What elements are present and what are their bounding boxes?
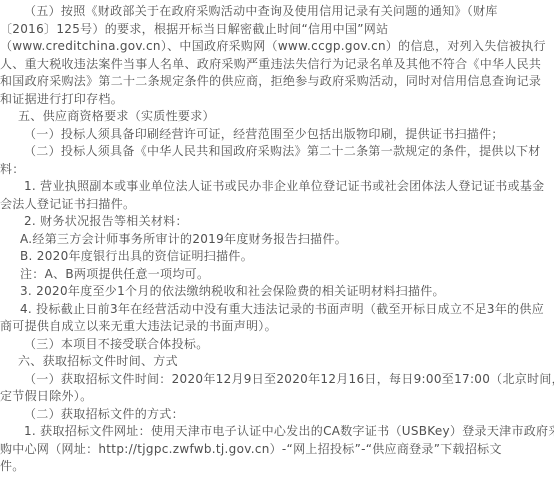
document-line: 和国政府采购法》第二十二条规定条件的供应商，拒绝参与政府采购活动，同时对信用信息… [0,73,554,91]
document-line: 〔2016〕125号）的要求，根据开标当日解密截止时间“信用中国”网站 [0,21,554,39]
document-line: 1. 营业执照副本或事业单位法人证书或民办非企业单位登记证书或社会团体法人登记证… [0,178,554,196]
document-line: （一）投标人须具备印刷经营许可证，经营范围至少包括出版物印刷，提供证书扫描件； [0,126,554,144]
document-line: B. 2020年度银行出具的资信证明扫描件。 [0,248,554,266]
procurement-notice-page: （五）按照《财政部关于在政府采购活动中查询及使用信用记录有关问题的通知》（财库〔… [0,0,554,483]
document-line: （www.creditchina.gov.cn）、中国政府采购网（www.ccg… [0,38,554,56]
document-line: 购中心网（网址：http://tjgpc.zwfwb.tj.gov.cn）-“网… [0,441,554,459]
document-line: 和证据进行打印存档。 [0,91,554,109]
document-line: 商可提供自成立以来无重大违法记录的书面声明）。 [0,318,554,336]
document-line: 人、重大税收违法案件当事人名单、政府采购严重违法失信行为记录名单及其他不符合《中… [0,56,554,74]
document-line: 料： [0,161,554,179]
document-line: （一）获取招标文件时间：2020年12月9日至2020年12月16日，每日9:0… [0,371,554,389]
document-line: 定节假日除外）。 [0,388,554,406]
document-line: 五、供应商资格要求（实质性要求） [0,108,554,126]
document-line: A.经第三方会计师事务所审计的2019年度财务报告扫描件。 [0,231,554,249]
document-line: 件。 [0,458,554,476]
document-line: （三）本项目不接受联合体投标。 [0,336,554,354]
document-line: （二）获取招标文件的方式： [0,406,554,424]
document-line: 4. 投标截止日前3年在经营活动中没有重大违法记录的书面声明（截至开标日成立不足… [0,301,554,319]
document-line: 会法人登记证书扫描件。 [0,196,554,214]
document-line: 注：A、B两项提供任意一项均可。 [0,266,554,284]
document-line: （二）投标人须具备《中华人民共和国政府采购法》第二十二条第一款规定的条件，提供以… [0,143,554,161]
document-body: （五）按照《财政部关于在政府采购活动中查询及使用信用记录有关问题的通知》（财库〔… [0,0,554,476]
document-line: 六、获取招标文件时间、方式 [0,353,554,371]
document-line: （五）按照《财政部关于在政府采购活动中查询及使用信用记录有关问题的通知》（财库 [0,3,554,21]
document-line: 1. 获取招标文件网址：使用天津市电子认证中心发出的CA数字证书（USBKey）… [0,423,554,441]
document-line: 2. 财务状况报告等相关材料： [0,213,554,231]
document-line: 3. 2020年度至少1个月的依法缴纳税收和社会保险费的相关证明材料扫描件。 [0,283,554,301]
